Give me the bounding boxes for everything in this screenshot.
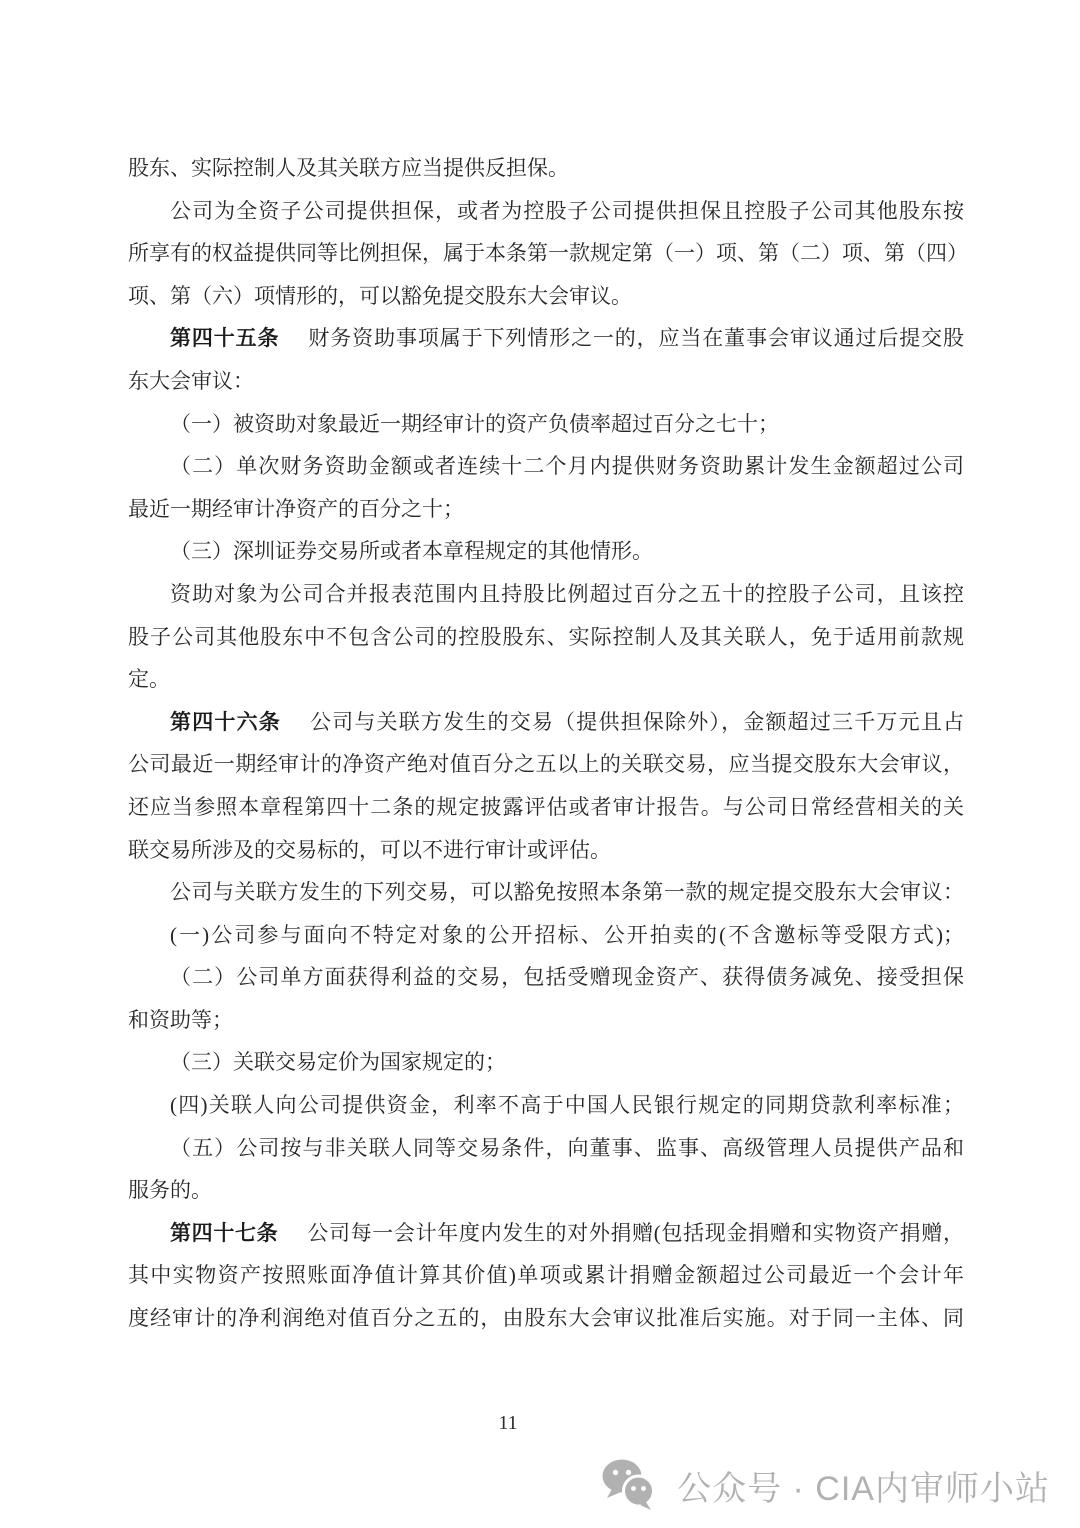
- doc-line: 资助对象为公司合并报表范围内且持股比例超过百分之五十的控股子公司，且该控: [128, 573, 964, 616]
- doc-line: （二）单次财务资助金额或者连续十二个月内提供财务资助累计发生金额超过公司: [128, 445, 964, 488]
- doc-line: 所享有的权益提供同等比例担保，属于本条第一款规定第（一）项、第（二）项、第（四）: [128, 232, 964, 275]
- doc-line: 公司最近一期经审计的净资产绝对值百分之五以上的关联交易，应当提交股东大会审议，: [128, 743, 964, 786]
- doc-line: 还应当参照本章程第四十二条的规定披露评估或者审计报告。与公司日常经营相关的关: [128, 786, 964, 829]
- article-number: 第四十六条: [170, 710, 281, 734]
- document-body: 股东、实际控制人及其关联方应当提供反担保。 公司为全资子公司提供担保，或者为控股…: [128, 147, 964, 1340]
- doc-line: (一)公司参与面向不特定对象的公开招标、公开拍卖的(不含邀标等受限方式)；: [128, 914, 964, 957]
- doc-line: 定。: [128, 658, 964, 701]
- doc-line: （三）深圳证券交易所或者本章程规定的其他情形。: [128, 530, 964, 573]
- watermark-label: 公众号 · CIA内审师小站: [677, 1461, 1050, 1510]
- doc-line: 和资助等；: [128, 999, 964, 1042]
- doc-line: （三）关联交易定价为国家规定的；: [128, 1041, 964, 1084]
- doc-line: 股东、实际控制人及其关联方应当提供反担保。: [128, 147, 964, 190]
- doc-line: 东大会审议：: [128, 360, 964, 403]
- wechat-icon: [601, 1457, 657, 1513]
- doc-line: 股子公司其他股东中不包含公司的控股股东、实际控制人及其关联人，免于适用前款规: [128, 616, 964, 659]
- page-number: 11: [0, 1412, 1016, 1435]
- doc-line: 公司与关联方发生的下列交易，可以豁免按照本条第一款的规定提交股东大会审议：: [128, 871, 964, 914]
- doc-line: 公司为全资子公司提供担保，或者为控股子公司提供担保且控股子公司其他股东按: [128, 190, 964, 233]
- doc-line: （一）被资助对象最近一期经审计的资产负债率超过百分之七十；: [128, 403, 964, 446]
- article-number: 第四十七条: [170, 1221, 278, 1245]
- doc-line: 度经审计的净利润绝对值百分之五的，由股东大会审议批准后实施。对于同一主体、同: [128, 1297, 964, 1340]
- doc-line: （五）公司按与非关联人同等交易条件，向董事、监事、高级管理人员提供产品和: [128, 1127, 964, 1170]
- doc-line: 其中实物资产按照账面净值计算其价值)单项或累计捐赠金额超过公司最近一个会计年: [128, 1254, 964, 1297]
- doc-line-article-46: 第四十六条公司与关联方发生的交易（提供担保除外），金额超过三千万元且占: [128, 701, 964, 744]
- wechat-watermark: 公众号 · CIA内审师小站: [601, 1456, 1050, 1514]
- doc-line: 服务的。: [128, 1169, 964, 1212]
- doc-line: (四)关联人向公司提供资金，利率不高于中国人民银行规定的同期贷款利率标准；: [128, 1084, 964, 1127]
- doc-line: 联交易所涉及的交易标的，可以不进行审计或评估。: [128, 829, 964, 872]
- doc-line: 项、第（六）项情形的，可以豁免提交股东大会审议。: [128, 275, 964, 318]
- doc-line-article-45: 第四十五条财务资助事项属于下列情形之一的，应当在董事会审议通过后提交股: [128, 317, 964, 360]
- doc-line: （二）公司单方面获得利益的交易，包括受赠现金资产、获得债务减免、接受担保: [128, 956, 964, 999]
- doc-line-article-47: 第四十七条公司每一会计年度内发生的对外捐赠(包括现金捐赠和实物资产捐赠，: [128, 1212, 964, 1255]
- article-number: 第四十五条: [170, 326, 279, 350]
- doc-line: 最近一期经审计净资产的百分之十；: [128, 488, 964, 531]
